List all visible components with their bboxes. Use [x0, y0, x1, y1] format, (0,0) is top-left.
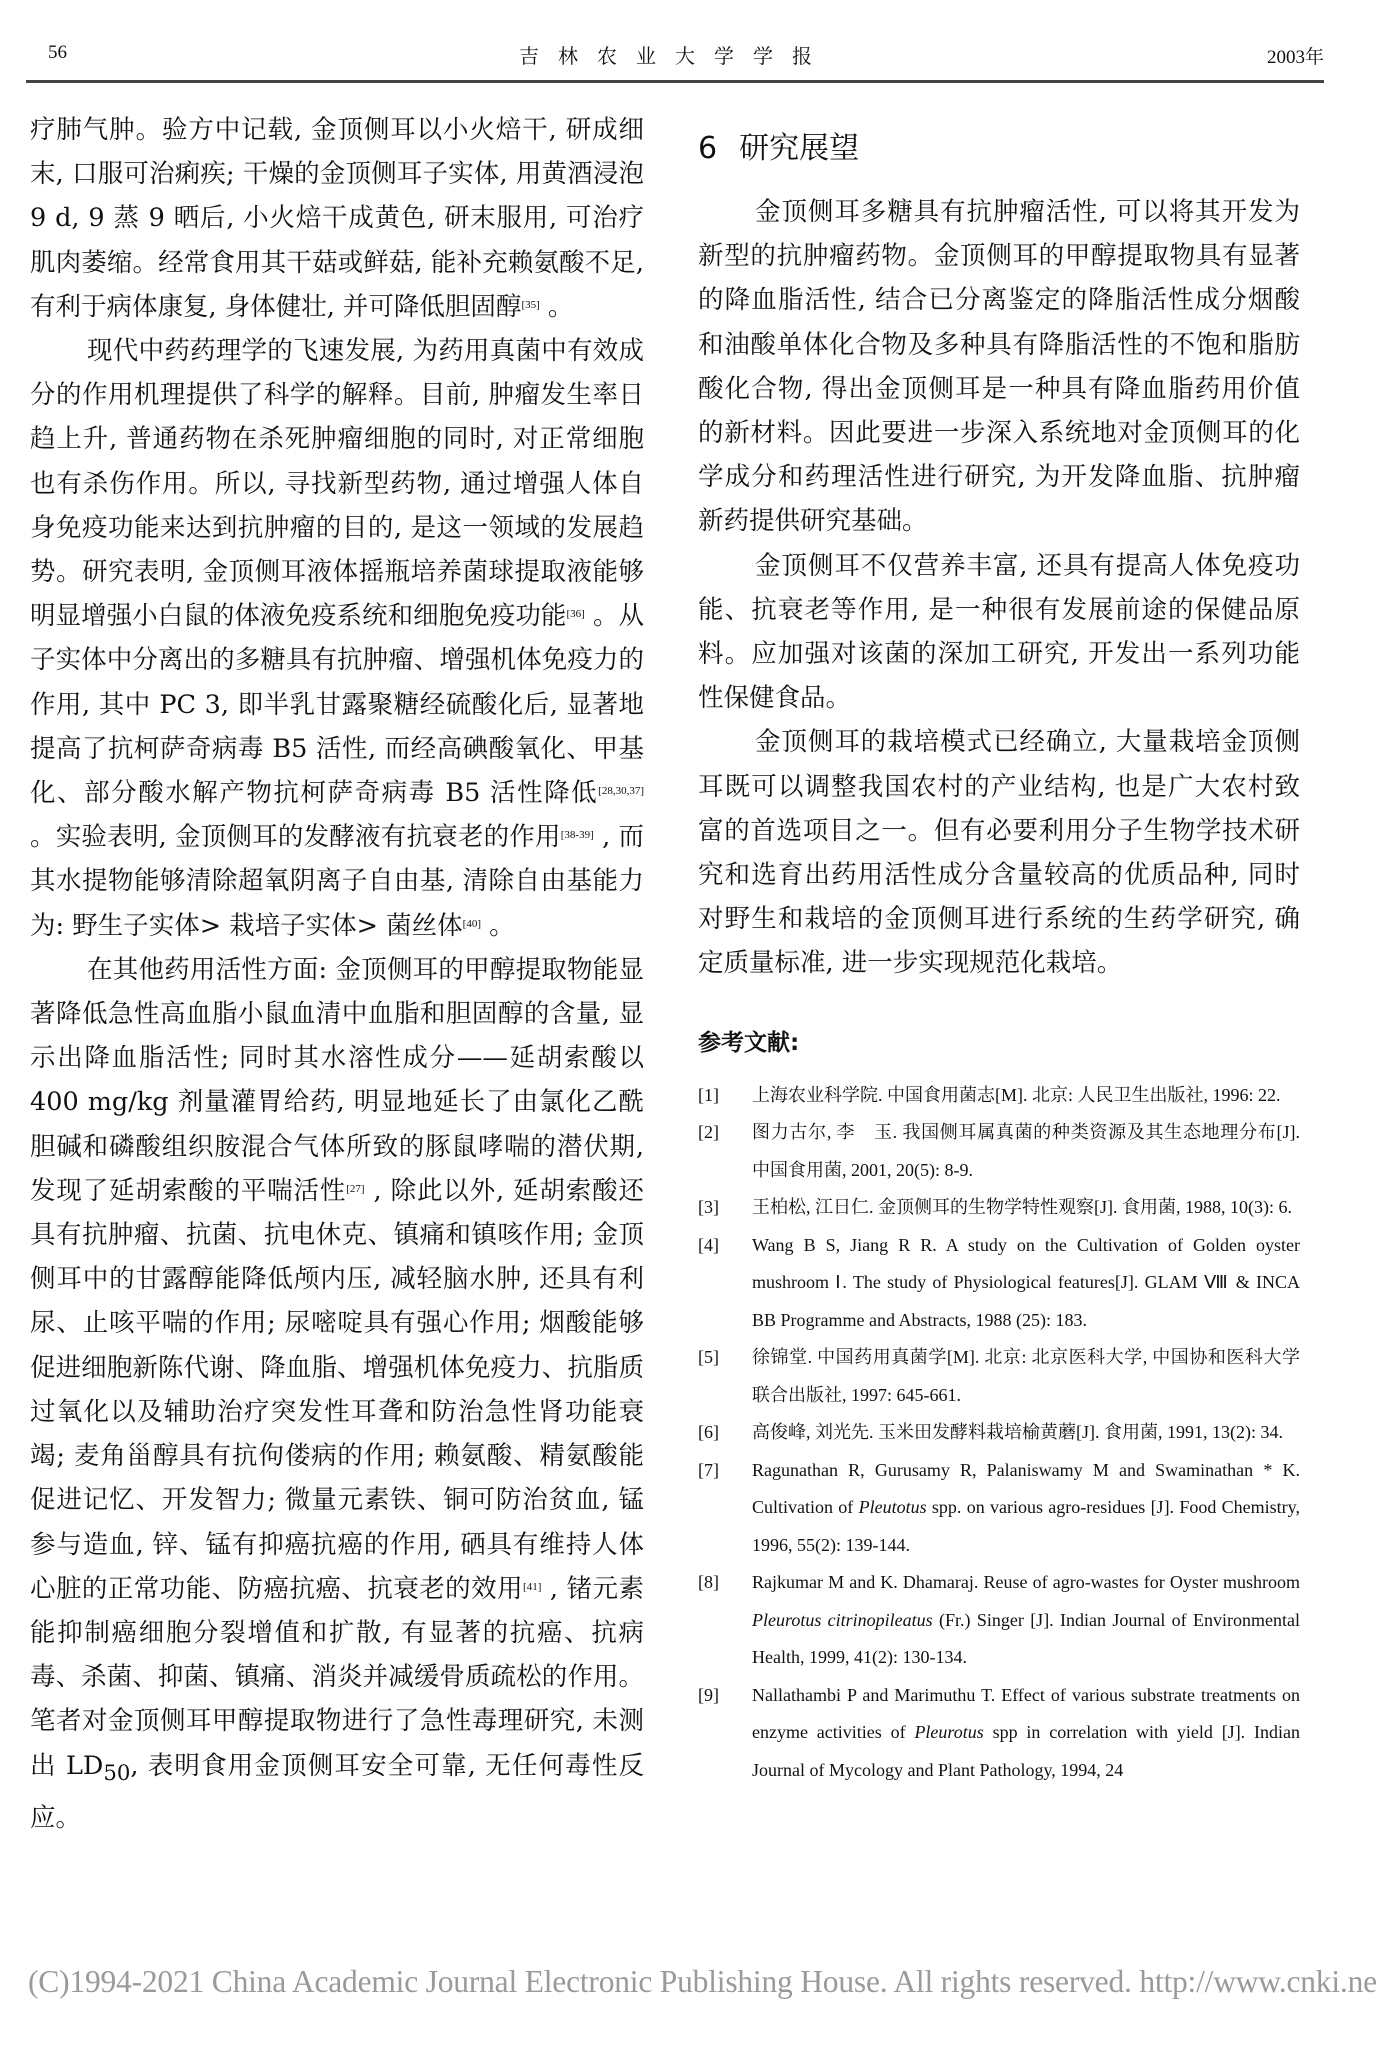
text-run: 在其他药用活性方面: 金顶侧耳的甲醇提取物能显著降低急性高血脂小鼠血清中血脂和胆… [30, 955, 644, 1206]
citation-marker: [35] [521, 299, 539, 311]
publication-year: 2003年 [1267, 42, 1324, 69]
reference-number: [6] [698, 1414, 719, 1452]
reference-item: [8]Rajkumar M and K. Dhamaraj. Reuse of … [698, 1564, 1300, 1677]
body-paragraph: 金顶侧耳的栽培模式已经确立, 大量栽培金顶侧耳既可以调整我国农村的产业结构, 也… [698, 720, 1300, 985]
citation-marker: [36] [566, 608, 584, 620]
text-run: 徐锦堂. 中国药用真菌学[M]. 北京: 北京医科大学, 中国协和医科大学联合出… [752, 1347, 1300, 1405]
body-paragraph: 现代中药药理学的飞速发展, 为药用真菌中有效成分的作用机理提供了科学的解释。目前… [30, 329, 644, 948]
reference-number: [5] [698, 1339, 719, 1377]
subscript: 50 [103, 1761, 130, 1786]
copyright-watermark: (C)1994-2021 China Academic Journal Elec… [28, 1964, 1377, 2000]
reference-item: [7]Ragunathan R, Gurusamy R, Palaniswamy… [698, 1452, 1300, 1565]
citation-marker: [41] [523, 1581, 541, 1593]
italic-term: Pleurotus [914, 1722, 983, 1742]
section-heading: 6研究展望 [698, 128, 1300, 170]
reference-number: [8] [698, 1564, 719, 1602]
reference-item: [4]Wang B S, Jiang R R. A study on the C… [698, 1227, 1300, 1340]
reference-item: [1]上海农业科学院. 中国食用菌志[M]. 北京: 人民卫生出版社, 1996… [698, 1077, 1300, 1115]
reference-item: [2]图力古尔, 李 玉. 我国侧耳属真菌的种类资源及其生态地理分布[J]. 中… [698, 1114, 1300, 1189]
reference-number: [2] [698, 1114, 719, 1152]
reference-item: [6]高俊峰, 刘光先. 玉米田发酵料栽培榆黄蘑[J]. 食用菌, 1991, … [698, 1414, 1300, 1452]
right-column: 6研究展望 金顶侧耳多糖具有抗肿瘤活性, 可以将其开发为新型的抗肿瘤药物。金顶侧… [698, 108, 1300, 1789]
text-run: 。 [481, 911, 515, 941]
text-run: 。从子实体中分离出的多糖具有抗肿瘤、增强机体免疫力的作用, 其中 PC 3, 即… [30, 601, 644, 808]
text-run: Wang B S, Jiang R R. A study on the Cult… [752, 1235, 1300, 1330]
reference-number: [7] [698, 1452, 719, 1490]
reference-number: [3] [698, 1189, 719, 1227]
body-paragraph: 金顶侧耳多糖具有抗肿瘤活性, 可以将其开发为新型的抗肿瘤药物。金顶侧耳的甲醇提取… [698, 190, 1300, 544]
text-run: 。 [540, 292, 574, 322]
header-rule [26, 80, 1324, 83]
text-run: , 锗元素能抑制癌细胞分裂增值和扩散, 有显著的抗癌、抗病毒、杀菌、抑菌、镇痛、… [30, 1574, 644, 1781]
text-run: 现代中药药理学的飞速发展, 为药用真菌中有效成分的作用机理提供了科学的解释。目前… [30, 336, 644, 631]
text-run: 图力古尔, 李 玉. 我国侧耳属真菌的种类资源及其生态地理分布[J]. 中国食用… [752, 1122, 1300, 1180]
running-header: 56 吉林农业大学学报 2003年 [26, 38, 1324, 68]
italic-term: Pleurotus citrinopileatus [752, 1610, 933, 1630]
text-run: 高俊峰, 刘光先. 玉米田发酵料栽培榆黄蘑[J]. 食用菌, 1991, 13(… [752, 1422, 1283, 1442]
text-run: Rajkumar M and K. Dhamaraj. Reuse of agr… [752, 1572, 1300, 1592]
text-run: 上海农业科学院. 中国食用菌志[M]. 北京: 人民卫生出版社, 1996: 2… [752, 1085, 1281, 1105]
references-heading: 参考文献: [698, 1024, 1300, 1057]
reference-list: [1]上海农业科学院. 中国食用菌志[M]. 北京: 人民卫生出版社, 1996… [698, 1077, 1300, 1790]
body-paragraph: 金顶侧耳不仅营养丰富, 还具有提高人体免疫功能、抗衰老等作用, 是一种很有发展前… [698, 544, 1300, 721]
text-run: 王柏松, 江日仁. 金顶侧耳的生物学特性观察[J]. 食用菌, 1988, 10… [752, 1197, 1292, 1217]
reference-item: [9]Nallathambi P and Marimuthu T. Effect… [698, 1677, 1300, 1790]
journal-title: 吉林农业大学学报 [26, 40, 1324, 69]
reference-item: [3]王柏松, 江日仁. 金顶侧耳的生物学特性观察[J]. 食用菌, 1988,… [698, 1189, 1300, 1227]
text-run: , 除此以外, 延胡索酸还具有抗肿瘤、抗菌、抗电休克、镇痛和镇咳作用; 金顶侧耳… [30, 1176, 644, 1604]
citation-marker: [40] [463, 918, 481, 930]
text-run: 疗肺气肿。验方中记载, 金顶侧耳以小火焙干, 研成细末, 口服可治痢疾; 干燥的… [30, 115, 644, 322]
body-paragraph: 在其他药用活性方面: 金顶侧耳的甲醇提取物能显著降低急性高血脂小鼠血清中血脂和胆… [30, 948, 644, 1840]
section-number: 6 [698, 131, 717, 166]
text-run: 。实验表明, 金顶侧耳的发酵液有抗衰老的作用 [30, 822, 561, 852]
italic-term: Pleutotus [859, 1497, 927, 1517]
body-paragraph: 疗肺气肿。验方中记载, 金顶侧耳以小火焙干, 研成细末, 口服可治痢疾; 干燥的… [30, 108, 644, 329]
reference-number: [4] [698, 1227, 719, 1265]
section-title: 研究展望 [739, 131, 859, 166]
reference-item: [5]徐锦堂. 中国药用真菌学[M]. 北京: 北京医科大学, 中国协和医科大学… [698, 1339, 1300, 1414]
reference-number: [9] [698, 1677, 719, 1715]
citation-marker: [27] [346, 1183, 364, 1195]
citation-marker: [28,30,37] [598, 785, 644, 797]
citation-marker: [38-39] [561, 829, 594, 841]
reference-number: [1] [698, 1077, 719, 1115]
left-column: 疗肺气肿。验方中记载, 金顶侧耳以小火焙干, 研成细末, 口服可治痢疾; 干燥的… [30, 108, 644, 1840]
